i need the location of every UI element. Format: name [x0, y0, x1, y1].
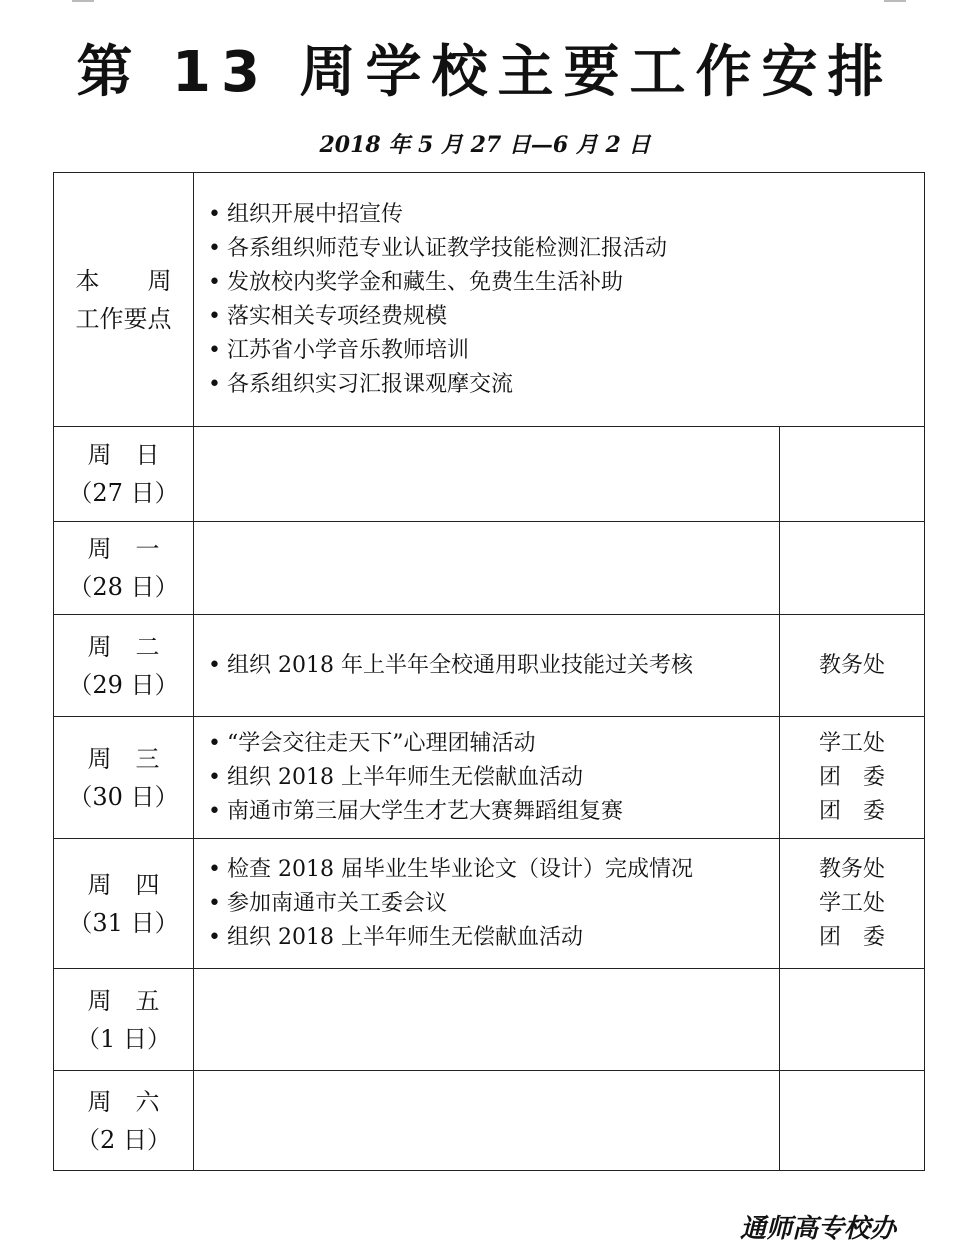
day-owners	[780, 522, 925, 615]
list-item: •检查 2018 届毕业生毕业论文（设计）完成情况	[208, 853, 779, 887]
owner-dept: 团 委	[780, 761, 924, 795]
bullet-icon: •	[208, 765, 221, 790]
day-date: （29 日）	[54, 666, 193, 704]
owner-dept: 学工处	[780, 887, 924, 921]
key-points-label: 本 周 工作要点	[54, 173, 194, 427]
day-row-friday: 周 五 （1 日）	[54, 969, 925, 1071]
schedule-table: 本 周 工作要点 •组织开展中招宣传 •各系组织师范专业认证教学技能检测汇报活动…	[53, 172, 925, 1171]
day-name: 周 日	[54, 436, 193, 474]
day-items	[194, 522, 780, 615]
day-date: （1 日）	[54, 1020, 193, 1058]
list-item: •“学会交往走天下”心理团辅活动	[208, 727, 779, 761]
label-line: 本 周	[54, 262, 193, 300]
page-corner-mark	[884, 0, 906, 2]
date-range: 2018 年 5 月 27 日—6 月 2 日	[0, 128, 970, 159]
item-text: 组织 2018 年上半年全校通用职业技能过关考核	[227, 653, 693, 678]
day-row-wednesday: 周 三 （30 日） •“学会交往走天下”心理团辅活动 •组织 2018 上半年…	[54, 717, 925, 839]
list-item: •组织 2018 上半年师生无偿献血活动	[208, 921, 779, 955]
item-text: 落实相关专项经费规模	[227, 304, 447, 329]
owner-dept: 教务处	[780, 853, 924, 887]
item-text: 组织开展中招宣传	[227, 202, 403, 227]
item-text: 检查 2018 届毕业生毕业论文（设计）完成情况	[227, 857, 693, 882]
bullet-icon: •	[208, 925, 221, 950]
day-label: 周 二 （29 日）	[54, 615, 194, 717]
bullet-icon: •	[208, 731, 221, 756]
day-label: 周 三 （30 日）	[54, 717, 194, 839]
item-text: 南通市第三届大学生才艺大赛舞蹈组复赛	[227, 799, 623, 824]
item-text: 发放校内奖学金和藏生、免费生生活补助	[227, 270, 623, 295]
label-line: 工作要点	[54, 300, 193, 338]
owner-dept: 团 委	[780, 795, 924, 829]
day-date: （27 日）	[54, 474, 193, 512]
day-label: 周 六 （2 日）	[54, 1071, 194, 1171]
page-title: 第 13 周学校主要工作安排	[0, 28, 970, 108]
day-label: 周 五 （1 日）	[54, 969, 194, 1071]
day-owners	[780, 1071, 925, 1171]
key-points-row: 本 周 工作要点 •组织开展中招宣传 •各系组织师范专业认证教学技能检测汇报活动…	[54, 173, 925, 427]
bullet-icon: •	[208, 372, 221, 397]
day-name: 周 三	[54, 740, 193, 778]
page-corner-mark	[72, 0, 94, 2]
list-item: •组织开展中招宣传	[208, 198, 924, 232]
day-name: 周 四	[54, 866, 193, 904]
day-owners	[780, 969, 925, 1071]
list-item: •江苏省小学音乐教师培训	[208, 334, 924, 368]
day-row-saturday: 周 六 （2 日）	[54, 1071, 925, 1171]
day-date: （2 日）	[54, 1121, 193, 1159]
list-item: •南通市第三届大学生才艺大赛舞蹈组复赛	[208, 795, 779, 829]
bullet-icon: •	[208, 653, 221, 678]
day-label: 周 一 （28 日）	[54, 522, 194, 615]
bullet-icon: •	[208, 857, 221, 882]
day-row-monday: 周 一 （28 日）	[54, 522, 925, 615]
day-row-tuesday: 周 二 （29 日） •组织 2018 年上半年全校通用职业技能过关考核 教务处	[54, 615, 925, 717]
day-items: •“学会交往走天下”心理团辅活动 •组织 2018 上半年师生无偿献血活动 •南…	[194, 717, 780, 839]
item-text: 各系组织师范专业认证教学技能检测汇报活动	[227, 236, 667, 261]
item-text: 江苏省小学音乐教师培训	[227, 338, 469, 363]
day-items: •组织 2018 年上半年全校通用职业技能过关考核	[194, 615, 780, 717]
bullet-icon: •	[208, 236, 221, 261]
list-item: •参加南通市关工委会议	[208, 887, 779, 921]
bullet-icon: •	[208, 891, 221, 916]
day-owners: 教务处 学工处 团 委	[780, 839, 925, 969]
item-text: 参加南通市关工委会议	[227, 891, 447, 916]
issuer-signature: 通师高专校办	[740, 1208, 896, 1245]
list-item: •各系组织实习汇报课观摩交流	[208, 368, 924, 402]
list-item: •组织 2018 年上半年全校通用职业技能过关考核	[208, 649, 779, 683]
day-date: （28 日）	[54, 568, 193, 606]
day-owners	[780, 427, 925, 522]
item-text: 组织 2018 上半年师生无偿献血活动	[227, 925, 583, 950]
day-owners: 教务处	[780, 615, 925, 717]
owner-dept: 团 委	[780, 921, 924, 955]
day-label: 周 日 （27 日）	[54, 427, 194, 522]
list-item: •各系组织师范专业认证教学技能检测汇报活动	[208, 232, 924, 266]
day-label: 周 四 （31 日）	[54, 839, 194, 969]
day-items: •检查 2018 届毕业生毕业论文（设计）完成情况 •参加南通市关工委会议 •组…	[194, 839, 780, 969]
key-points-list: •组织开展中招宣传 •各系组织师范专业认证教学技能检测汇报活动 •发放校内奖学金…	[194, 173, 925, 427]
day-date: （31 日）	[54, 904, 193, 942]
list-item: •组织 2018 上半年师生无偿献血活动	[208, 761, 779, 795]
bullet-icon: •	[208, 338, 221, 363]
day-name: 周 五	[54, 982, 193, 1020]
bullet-icon: •	[208, 304, 221, 329]
day-row-thursday: 周 四 （31 日） •检查 2018 届毕业生毕业论文（设计）完成情况 •参加…	[54, 839, 925, 969]
day-items	[194, 969, 780, 1071]
item-text: “学会交往走天下”心理团辅活动	[227, 731, 536, 756]
bullet-icon: •	[208, 799, 221, 824]
owner-dept: 学工处	[780, 727, 924, 761]
day-name: 周 一	[54, 530, 193, 568]
day-name: 周 六	[54, 1083, 193, 1121]
day-items	[194, 427, 780, 522]
item-text: 组织 2018 上半年师生无偿献血活动	[227, 765, 583, 790]
day-row-sunday: 周 日 （27 日）	[54, 427, 925, 522]
owner-dept: 教务处	[780, 649, 924, 683]
day-items	[194, 1071, 780, 1171]
bullet-icon: •	[208, 202, 221, 227]
list-item: •发放校内奖学金和藏生、免费生生活补助	[208, 266, 924, 300]
day-name: 周 二	[54, 628, 193, 666]
item-text: 各系组织实习汇报课观摩交流	[227, 372, 513, 397]
bullet-icon: •	[208, 270, 221, 295]
day-date: （30 日）	[54, 778, 193, 816]
list-item: •落实相关专项经费规模	[208, 300, 924, 334]
day-owners: 学工处 团 委 团 委	[780, 717, 925, 839]
